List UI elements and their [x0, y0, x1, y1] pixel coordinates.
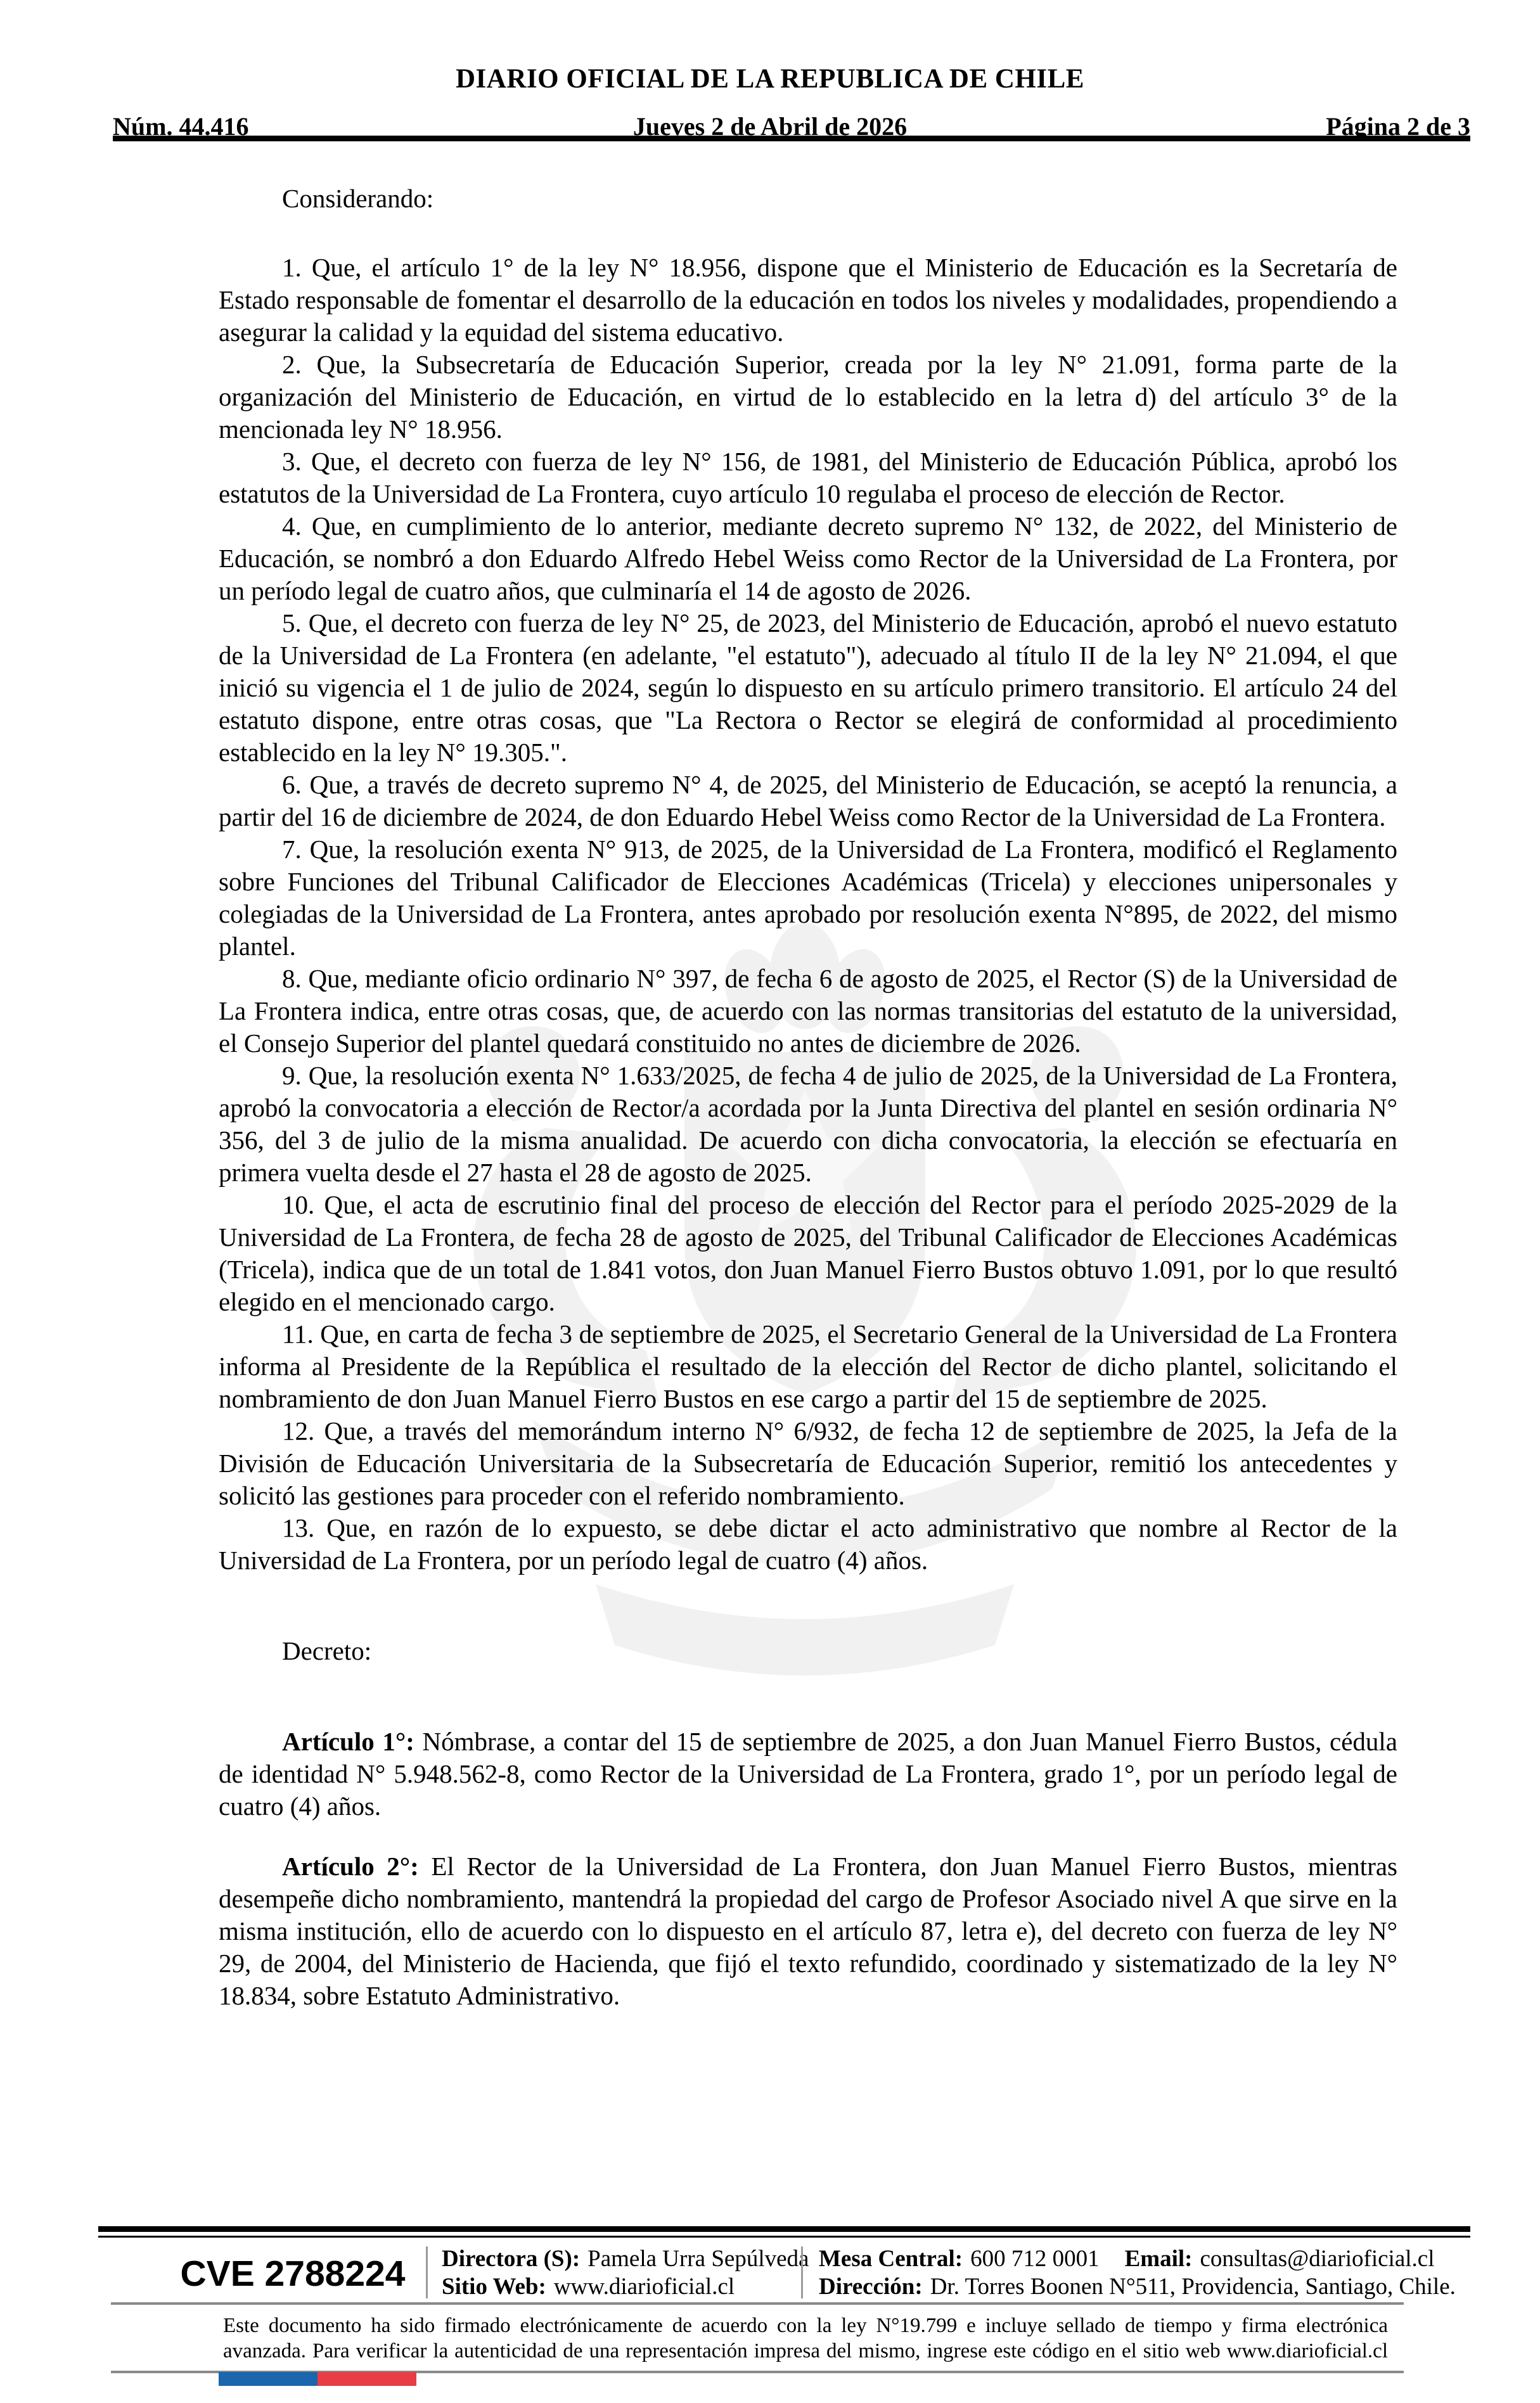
- footer-rule-thin: [98, 2236, 1470, 2238]
- direccion-row: Dirección:Dr. Torres Boonen N°511, Provi…: [819, 2273, 1472, 2301]
- header-rule: [113, 136, 1470, 141]
- body-paragraph: 3. Que, el decreto con fuerza de ley N° …: [219, 445, 1397, 510]
- directora-value: Pamela Urra Sepúlveda: [587, 2246, 809, 2272]
- footer-contact-left: Directora (S):Pamela Urra Sepúlveda Siti…: [442, 2245, 787, 2301]
- body-paragraph: 9. Que, la resolución exenta N° 1.633/20…: [219, 1060, 1397, 1189]
- body-paragraph: 4. Que, en cumplimiento de lo anterior, …: [219, 510, 1397, 607]
- article-1: Artículo 1°: Nómbrase, a contar del 15 d…: [219, 1726, 1397, 1823]
- footer-contact-right: Mesa Central:600 712 0001Email:consultas…: [819, 2245, 1472, 2301]
- mesa-central-label: Mesa Central:: [819, 2246, 963, 2272]
- decree-body: Considerando: 1. Que, el artículo 1° de …: [219, 183, 1397, 2012]
- body-paragraph: 7. Que, la resolución exenta N° 913, de …: [219, 833, 1397, 963]
- flag-blue-bar: [219, 2372, 318, 2386]
- gazette-page: DIARIO OFICIAL DE LA REPUBLICA DE CHILE …: [0, 0, 1540, 2403]
- directora-label: Directora (S):: [442, 2246, 580, 2272]
- page-title: DIARIO OFICIAL DE LA REPUBLICA DE CHILE: [0, 63, 1540, 94]
- legal-text-line-2: avanzada. Para verificar la autenticidad…: [223, 2338, 1388, 2364]
- footer-rule-gray-top: [111, 2302, 1404, 2305]
- body-paragraph: 5. Que, el decreto con fuerza de ley N° …: [219, 607, 1397, 769]
- body-paragraph: 12. Que, a través del memorándum interno…: [219, 1415, 1397, 1512]
- article-1-label: Artículo 1°:: [282, 1727, 414, 1756]
- decreto-heading: Decreto:: [219, 1635, 1397, 1667]
- body-paragraph: 2. Que, la Subsecretaría de Educación Su…: [219, 349, 1397, 445]
- footer-rule-thick: [98, 2226, 1470, 2232]
- sitio-web-value: www.diarioficial.cl: [554, 2274, 735, 2300]
- flag-red-bar: [318, 2372, 416, 2386]
- considerando-heading: Considerando:: [219, 183, 1397, 215]
- cve-code: CVE 2788224: [160, 2251, 426, 2297]
- body-paragraph: 6. Que, a través de decreto supremo N° 4…: [219, 769, 1397, 833]
- sitio-web-label: Sitio Web:: [442, 2274, 546, 2300]
- mesa-central-value: 600 712 0001: [970, 2246, 1100, 2272]
- mesa-central-email-row: Mesa Central:600 712 0001Email:consultas…: [819, 2245, 1472, 2273]
- body-paragraph: 1. Que, el artículo 1° de la ley N° 18.9…: [219, 252, 1397, 349]
- legal-text-line-1: Este documento ha sido firmado electróni…: [223, 2313, 1388, 2338]
- footer-divider: [426, 2246, 428, 2298]
- direccion-value: Dr. Torres Boonen N°511, Providencia, Sa…: [930, 2274, 1456, 2300]
- article-2-label: Artículo 2°:: [282, 1852, 419, 1881]
- sitio-web-row: Sitio Web:www.diarioficial.cl: [442, 2273, 787, 2301]
- body-paragraph: 8. Que, mediante oficio ordinario N° 397…: [219, 963, 1397, 1060]
- body-paragraph: 11. Que, en carta de fecha 3 de septiemb…: [219, 1318, 1397, 1415]
- direccion-label: Dirección:: [819, 2274, 923, 2300]
- article-2: Artículo 2°: El Rector de la Universidad…: [219, 1850, 1397, 2012]
- footer-divider: [801, 2246, 803, 2298]
- email-value: consultas@diarioficial.cl: [1200, 2246, 1434, 2272]
- body-paragraph: 13. Que, en razón de lo expuesto, se deb…: [219, 1512, 1397, 1577]
- body-paragraph: 10. Que, el acta de escrutinio final del…: [219, 1189, 1397, 1318]
- email-label: Email:: [1125, 2246, 1193, 2272]
- directora-row: Directora (S):Pamela Urra Sepúlveda: [442, 2245, 787, 2273]
- legal-notice: Este documento ha sido firmado electróni…: [223, 2313, 1388, 2364]
